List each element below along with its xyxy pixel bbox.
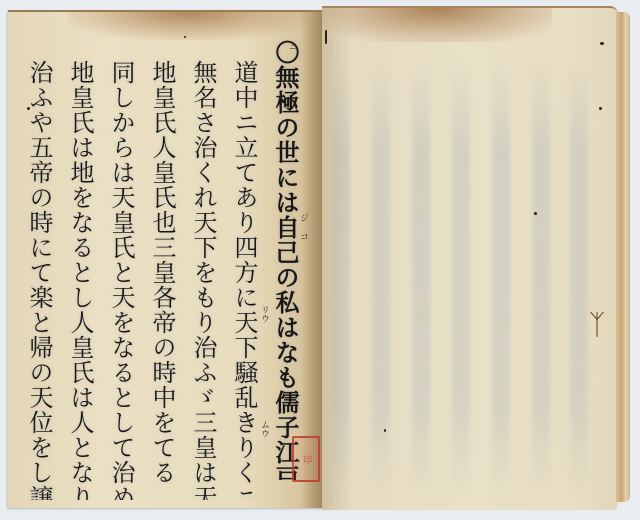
ink-bleed-through bbox=[452, 63, 470, 493]
text-column: 〇無極の世には自己の私はなも儒子江戸成 bbox=[268, 40, 302, 480]
ruby-annotation: コ bbox=[297, 232, 310, 241]
ruby-annotation: ジ bbox=[297, 213, 310, 222]
ink-bleed-through bbox=[570, 63, 588, 493]
red-seal-stamp: 印 bbox=[292, 436, 320, 482]
ink-bleed-through bbox=[492, 63, 510, 493]
ink-speck bbox=[325, 30, 327, 44]
water-stain bbox=[322, 8, 552, 42]
text-column: 地皇氏は地をなるとし人皇氏は人となり bbox=[63, 40, 97, 500]
page-edges bbox=[616, 12, 630, 502]
water-stain bbox=[68, 12, 308, 40]
ruby-annotation: リウ bbox=[258, 305, 271, 323]
ink-bleed-through bbox=[532, 63, 550, 493]
text-column: 道中ニ立てあり四方に天下騒乱きりくニ帝の臣 bbox=[227, 40, 261, 500]
text-column: 同しからは天皇氏と天をなるとして治め治ふ bbox=[104, 40, 138, 500]
ink-bleed-through bbox=[412, 63, 430, 493]
ruby-annotation: ニ bbox=[286, 42, 299, 51]
ink-speck bbox=[599, 107, 602, 110]
ink-bleed-through bbox=[372, 63, 390, 493]
ink-bleed-through bbox=[332, 63, 350, 493]
text-column: 無名さ治くれ天下をもり治ふゞ三皇は天皇氏 bbox=[186, 40, 220, 500]
ink-speck bbox=[600, 42, 604, 45]
text-column: 治ふや五帝の時にて楽と帰の天位をし譲と bbox=[22, 40, 56, 500]
ink-speck bbox=[534, 212, 537, 215]
open-manuscript: ᛉ 〇無極の世には自己の私はなも儒子江戸成 道中ニ立てあり四方に天下騒乱きりくニ… bbox=[0, 0, 640, 520]
insect-damage: ᛉ bbox=[586, 305, 608, 345]
text-column: 地皇氏人皇氏也三皇各帝の時中をてる bbox=[145, 40, 179, 500]
ink-speck bbox=[384, 429, 386, 432]
right-page bbox=[322, 6, 618, 510]
gutter-shadow bbox=[302, 12, 324, 508]
ink-speck bbox=[184, 36, 186, 38]
ruby-annotation: ムウ bbox=[258, 420, 271, 438]
